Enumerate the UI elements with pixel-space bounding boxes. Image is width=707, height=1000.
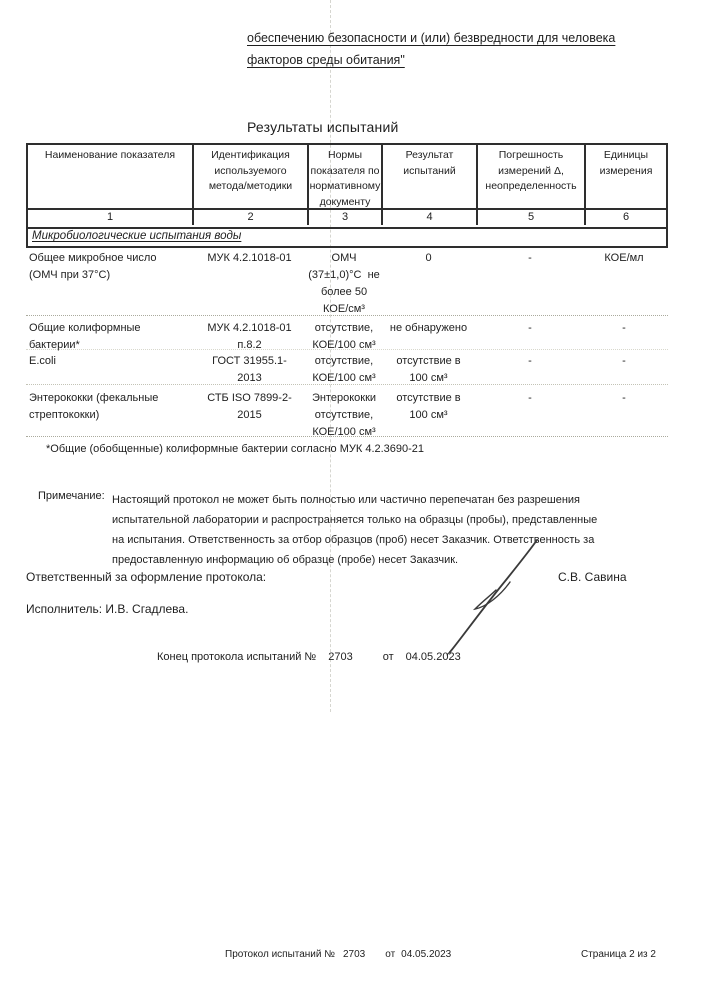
column-number-6: 6 [586, 210, 666, 225]
end-line-label: Конец протокола испытаний № [157, 651, 316, 663]
header-cell-uncertainty: Погрешность измерений Δ, неопределенност… [478, 145, 586, 210]
protocol-date: 04.05.2023 [406, 651, 461, 663]
doc-top-text-line-2: факторов среды обитания" [247, 53, 405, 68]
cell-result: не обнаружено [381, 316, 476, 354]
column-number-5: 5 [478, 210, 586, 225]
protocol-number: 2703 [328, 651, 352, 663]
cell-unit: - [584, 316, 664, 354]
results-title: Результаты испытаний [247, 119, 399, 135]
footer-protocol-number: 2703 [343, 949, 365, 960]
cell-unit: - [584, 350, 664, 387]
executor-line: Исполнитель: И.В. Сгадлева. [26, 602, 188, 616]
cell-norm: отсутствие, КОЕ/100 см³ [307, 316, 381, 354]
cell-unit: - [584, 385, 664, 441]
cell-uncertainty: - [476, 316, 584, 354]
cell-uncertainty: - [476, 385, 584, 441]
cell-result: отсутствие в 100 см³ [381, 385, 476, 441]
table-footnote: *Общие (обобщенные) колиформные бактерии… [46, 443, 424, 455]
cell-name: Общие колиформные бактерии* [26, 316, 192, 354]
cell-uncertainty: - [476, 350, 584, 387]
handwritten-signature [438, 528, 548, 660]
header-cell-method: Идентификация используемого метода/метод… [194, 145, 309, 210]
results-table-body: Общее микробное число (ОМЧ при 37°С) МУК… [26, 248, 668, 437]
footer-label: Протокол испытаний № [225, 949, 335, 960]
responsible-label: Ответственный за оформление протокола: [26, 570, 266, 584]
cell-norm: Энтерококки отсутствие, КОЕ/100 см³ [307, 385, 381, 441]
footer-protocol-line: Протокол испытаний №2703от04.05.2023 [225, 949, 451, 960]
table-row: Энтерококки (фекальные стрептококки) СТБ… [26, 385, 668, 437]
column-number-1: 1 [28, 210, 194, 225]
end-of-protocol-line: Конец протокола испытаний №2703от04.05.2… [157, 651, 461, 663]
cell-result: 0 [381, 248, 476, 318]
column-numbers-row: 1 2 3 4 5 6 [28, 208, 666, 225]
cell-norm: отсутствие, КОЕ/100 см³ [307, 350, 381, 387]
cell-unit: КОЕ/мл [584, 248, 664, 318]
protocol-page-2: обеспечению безопасности и (или) безвред… [0, 0, 707, 1000]
header-cell-unit: Единицы измерения [586, 145, 666, 210]
cell-norm: ОМЧ (37±1,0)°С не более 50 КОЕ/см³ [307, 248, 381, 318]
doc-top-text-line-1: обеспечению безопасности и (или) безвред… [247, 31, 615, 46]
header-cell-result: Результат испытаний [383, 145, 478, 210]
results-table-header: Наименование показателя Идентификация ис… [26, 143, 668, 229]
note-label: Примечание: [38, 490, 105, 502]
table-section-row: Микробиологические испытания воды [26, 229, 668, 248]
column-number-4: 4 [383, 210, 478, 225]
column-number-2: 2 [194, 210, 309, 225]
cell-name: Энтерококки (фекальные стрептококки) [26, 385, 192, 441]
table-row: Общее микробное число (ОМЧ при 37°С) МУК… [26, 248, 668, 316]
header-cell-norm: Нормы показателя по нормативному докумен… [309, 145, 383, 210]
cell-name: E.coli [26, 350, 192, 387]
cell-method: ГОСТ 31955.1- 2013 [192, 350, 307, 387]
end-line-of: от [383, 651, 394, 663]
column-number-3: 3 [309, 210, 383, 225]
header-cell-name: Наименование показателя [28, 145, 194, 210]
table-row: E.coli ГОСТ 31955.1- 2013 отсутствие, КО… [26, 350, 668, 385]
table-section-title: Микробиологические испытания воды [32, 230, 241, 242]
footer-date: 04.05.2023 [401, 949, 451, 960]
cell-name: Общее микробное число (ОМЧ при 37°С) [26, 248, 192, 318]
cell-method: СТБ ISO 7899-2- 2015 [192, 385, 307, 441]
responsible-name: С.В. Савина [558, 570, 627, 584]
cell-result: отсутствие в 100 см³ [381, 350, 476, 387]
footer-page-number: Страница 2 из 2 [581, 949, 656, 960]
footer-of: от [385, 949, 395, 960]
cell-method: МУК 4.2.1018-01 [192, 248, 307, 318]
note-text: Настоящий протокол не может быть полност… [112, 490, 652, 570]
table-row: Общие колиформные бактерии* МУК 4.2.1018… [26, 316, 668, 350]
cell-method: МУК 4.2.1018-01 п.8.2 [192, 316, 307, 354]
cell-uncertainty: - [476, 248, 584, 318]
table-header-row: Наименование показателя Идентификация ис… [28, 145, 666, 208]
